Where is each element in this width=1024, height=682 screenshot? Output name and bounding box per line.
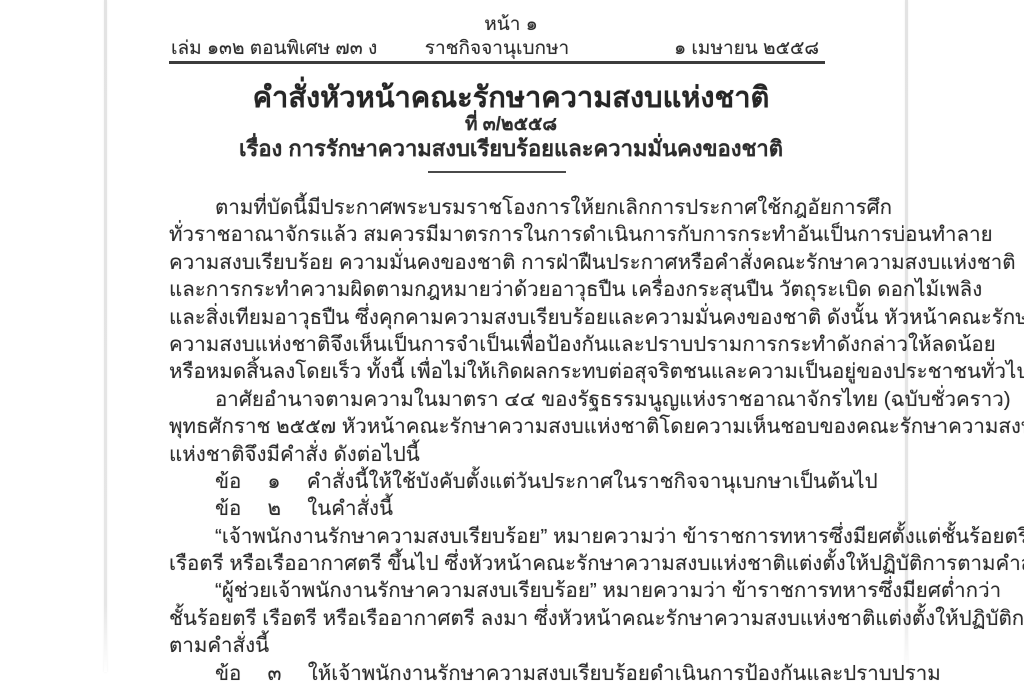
body-line: อาศัยอำนาจตามความในมาตรา ๔๔ ของรัฐธรรมนู… xyxy=(169,386,853,413)
body-line: เรือตรี หรือเรืออากาศตรี ขึ้นไป ซึ่งหัวห… xyxy=(169,550,853,577)
header-rule xyxy=(169,61,825,64)
issue-date: ๑ เมษายน ๒๕๕๘ xyxy=(674,33,819,63)
body-line: ชั้นร้อยตรี เรือตรี หรือเรืออากาศตรี ลงม… xyxy=(169,605,853,632)
body-line: พุทธศักราช ๒๕๕๗ หัวหน้าคณะรักษาความสงบแห… xyxy=(169,413,853,440)
body-line: “เจ้าพนักงานรักษาความสงบเรียบร้อย” หมายค… xyxy=(169,523,853,550)
body-line: และสิ่งเทียมอาวุธปืน ซึ่งคุกคามความสงบเร… xyxy=(169,304,853,331)
body-line: ตามคำสั่งนี้ xyxy=(169,632,853,659)
title-divider-rule xyxy=(428,171,566,173)
page-edge-left xyxy=(104,0,107,672)
body-line: แห่งชาติจึงมีคำสั่ง ดังต่อไปนี้ xyxy=(169,441,853,468)
document-body: ตามที่บัดนี้มีประกาศพระบรมราชโองการให้ยก… xyxy=(169,194,853,682)
body-line: และการกระทำความผิดตามกฎหมายว่าด้วยอาวุธป… xyxy=(169,276,853,303)
body-line: ความสงบแห่งชาติจึงเห็นเป็นการจำเป็นเพื่อ… xyxy=(169,331,853,358)
page-content: หน้า ๑ เล่ม ๑๓๒ ตอนพิเศษ ๗๓ ง ราชกิจจานุ… xyxy=(169,0,853,682)
body-line: หรือหมดสิ้นลงโดยเร็ว ทั้งนี้ เพื่อไม่ให้… xyxy=(169,358,853,385)
body-line: ข้อ ๓ ให้เจ้าพนักงานรักษาความสงบเรียบร้อ… xyxy=(169,660,853,682)
body-line: ข้อ ๒ ในคำสั่งนี้ xyxy=(169,495,853,522)
body-line: ทั่วราชอาณาจักรแล้ว สมควรมีมาตรการในการด… xyxy=(169,221,853,248)
body-line: ตามที่บัดนี้มีประกาศพระบรมราชโองการให้ยก… xyxy=(169,194,853,221)
body-line: ความสงบเรียบร้อย ความมั่นคงของชาติ การฝ่… xyxy=(169,249,853,276)
body-line: ข้อ ๑ คำสั่งนี้ให้ใช้บังคับตั้งแต่วันประ… xyxy=(169,468,853,495)
document-page: หน้า ๑ เล่ม ๑๓๒ ตอนพิเศษ ๗๓ ง ราชกิจจานุ… xyxy=(0,0,1024,682)
body-line: “ผู้ช่วยเจ้าพนักงานรักษาความสงบเรียบร้อย… xyxy=(169,577,853,604)
order-subject: เรื่อง การรักษาความสงบเรียบร้อยและความมั… xyxy=(169,131,853,166)
gazette-header-row: เล่ม ๑๓๒ ตอนพิเศษ ๗๓ ง ราชกิจจานุเบกษา ๑… xyxy=(169,33,853,59)
